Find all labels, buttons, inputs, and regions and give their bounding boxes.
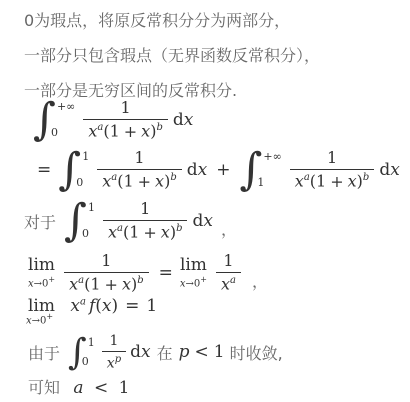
exponent: b	[363, 172, 369, 183]
math-token: p	[179, 342, 190, 362]
upper-limit: +∞	[263, 151, 281, 162]
integral: ∫+∞0	[33, 99, 75, 141]
numerator: 1	[99, 252, 113, 272]
label-youyu: 由于	[28, 341, 60, 364]
math-token: d	[379, 160, 390, 180]
plus-operator: +	[138, 172, 151, 191]
label-duiyu: 对于	[24, 210, 56, 233]
statement-duiyu: 对于 ∫10 1xa(1+x)b dx ，	[24, 200, 237, 242]
math-token: x	[203, 211, 213, 231]
equation-original-integral: ∫+∞0 1xa(1+x)b dx	[33, 99, 193, 141]
fraction: 1xa(1+x)b	[83, 99, 168, 141]
math-token: x	[70, 296, 80, 316]
math-token: d	[173, 110, 184, 130]
math-token: x	[107, 356, 115, 372]
lower-limit: 0	[82, 356, 95, 367]
math-token: )	[112, 296, 119, 316]
limit-subscript: x→0+	[28, 275, 55, 290]
lower-limit: 0	[76, 177, 89, 188]
arrow-icon: →	[186, 279, 194, 290]
text-line-2: 一部分只包含瑕点（无界函数反常积分），	[24, 43, 320, 66]
math-token: x	[141, 342, 151, 362]
numerator: 1	[138, 200, 152, 220]
less-than-sign: <	[94, 378, 108, 398]
integral-limits: +∞0	[57, 99, 75, 141]
math-token: x	[390, 160, 400, 180]
fraction: 1xa	[216, 252, 241, 294]
exponent: a	[80, 296, 86, 307]
exponent: b	[137, 275, 143, 286]
math-token: x	[122, 275, 131, 294]
differential-dx: dx	[192, 211, 212, 231]
numerator: 1	[119, 99, 133, 119]
denominator: xa(1+x)b	[290, 169, 375, 191]
exponent: b	[170, 172, 176, 183]
equals-sign: =	[125, 296, 139, 316]
trailing-comma: ，	[221, 217, 237, 240]
equation-split-integrals: = ∫10 1xa(1+x)b dx + ∫+∞1 1xa(1+x)b dx	[30, 149, 400, 191]
upper-limit: 1	[88, 202, 95, 213]
math-token: 1	[214, 342, 225, 362]
label-zai: 在	[157, 341, 173, 364]
trailing-comma: ，	[252, 269, 268, 292]
label-shoulian: 时收敛,	[230, 341, 283, 364]
math-token: d	[187, 160, 198, 180]
numerator: 1	[107, 333, 120, 351]
math-token: d	[192, 211, 203, 231]
plus-operator: +	[216, 160, 230, 180]
fraction: 1xa(1+x)b	[103, 200, 188, 242]
equation-limit-value: limx→0+ xaf(x)=1	[28, 296, 157, 316]
lim-word: lim	[28, 256, 55, 276]
math-token: x	[221, 275, 230, 294]
equals-sign: =	[37, 160, 51, 180]
text-line-1: 0为瑕点，将原反常积分分为两部分，	[24, 8, 290, 31]
lower-limit: 0	[51, 127, 75, 138]
exponent: b	[176, 223, 182, 234]
math-token: (	[95, 296, 102, 316]
math-token: x	[295, 172, 304, 191]
math-token: x	[348, 172, 357, 191]
math-token: x	[161, 223, 170, 242]
fraction: 1xa(1+x)b	[97, 149, 182, 191]
differential-dx: dx	[173, 110, 193, 130]
integral-limits: +∞1	[263, 149, 281, 191]
plus-operator: +	[143, 223, 156, 242]
integral-limits: 10	[88, 335, 95, 370]
lower-limit: 1	[257, 177, 281, 188]
less-than-sign: <	[194, 342, 208, 362]
limit-operator: limx→0+	[180, 256, 207, 290]
math-token: 1	[146, 296, 157, 316]
denominator: xa(1+x)b	[64, 272, 149, 294]
integral: ∫10	[58, 149, 89, 191]
math-token: 1	[129, 223, 139, 242]
exponent: a	[230, 275, 236, 286]
integral: ∫10	[64, 200, 95, 242]
upper-limit: +∞	[57, 101, 75, 112]
math-token: 1	[90, 275, 100, 294]
integral-limits: 10	[82, 149, 89, 191]
numerator: 1	[325, 149, 339, 169]
math-token: x	[198, 160, 208, 180]
plus-operator: +	[330, 172, 343, 191]
label-kezhi: 可知	[28, 378, 60, 397]
math-token: x	[102, 296, 112, 316]
fraction: 1xa(1+x)b	[290, 149, 375, 191]
plus-operator: +	[105, 275, 118, 294]
upper-limit: 1	[82, 151, 89, 162]
denominator: xa(1+x)b	[97, 169, 182, 191]
math-token: 1	[119, 378, 130, 398]
numerator: 1	[221, 252, 235, 272]
integral: ∫10	[68, 335, 95, 370]
math-token: 1	[110, 122, 120, 141]
math-token: d	[130, 342, 141, 362]
upper-limit: 1	[88, 337, 95, 348]
equals-sign: =	[159, 263, 173, 283]
exponent: p	[115, 354, 121, 365]
math-token: x	[102, 172, 111, 191]
math-solution-page: 0为瑕点，将原反常积分分为两部分， 一部分只包含瑕点（无界函数反常积分）， 一部…	[0, 0, 410, 402]
math-token: x	[69, 275, 78, 294]
math-token: x	[108, 223, 117, 242]
denominator: xp	[102, 351, 126, 372]
limit-subscript: x→0+	[180, 275, 207, 290]
math-token: x	[141, 122, 150, 141]
superscript-plus: +	[48, 275, 55, 284]
lower-limit: 0	[82, 228, 95, 239]
integral: ∫+∞1	[239, 149, 281, 191]
lim-word: lim	[180, 256, 207, 276]
math-token: 1	[316, 172, 326, 191]
statement-conclusion: 可知 a < 1	[28, 375, 129, 398]
numerator: 1	[132, 149, 146, 169]
integral-limits: 10	[88, 200, 95, 242]
fraction: 1xp	[102, 333, 126, 372]
denominator: xa(1+x)b	[103, 220, 188, 242]
denominator: xa	[216, 272, 241, 294]
math-token: x	[88, 122, 97, 141]
differential-dx: dx	[187, 160, 207, 180]
superscript-plus: +	[200, 275, 207, 284]
superscript-plus: +	[46, 312, 53, 321]
arrow-icon: →	[34, 279, 42, 290]
exponent: b	[156, 122, 162, 133]
denominator: xa(1+x)b	[83, 119, 168, 141]
limit-operator: limx→0+	[28, 256, 55, 290]
limit-operator: limx→0+	[28, 296, 55, 316]
differential-dx: dx	[379, 160, 399, 180]
differential-dx: dx	[130, 342, 150, 362]
expression: xaf(x)=1	[70, 296, 157, 316]
fraction: 1xa(1+x)b	[64, 252, 149, 294]
limit-subscript: x→0+	[26, 312, 53, 326]
plus-operator: +	[124, 122, 137, 141]
arrow-icon: →	[32, 315, 40, 326]
math-token: x	[184, 110, 194, 130]
math-token: a	[73, 378, 83, 398]
math-token: 1	[123, 172, 133, 191]
equation-limit-comparison: limx→0+ 1xa(1+x)b = limx→0+ 1xa ，	[28, 252, 268, 294]
math-token: x	[155, 172, 164, 191]
statement-youyu: 由于 ∫10 1xp dx 在 p < 1 时收敛,	[28, 333, 283, 372]
